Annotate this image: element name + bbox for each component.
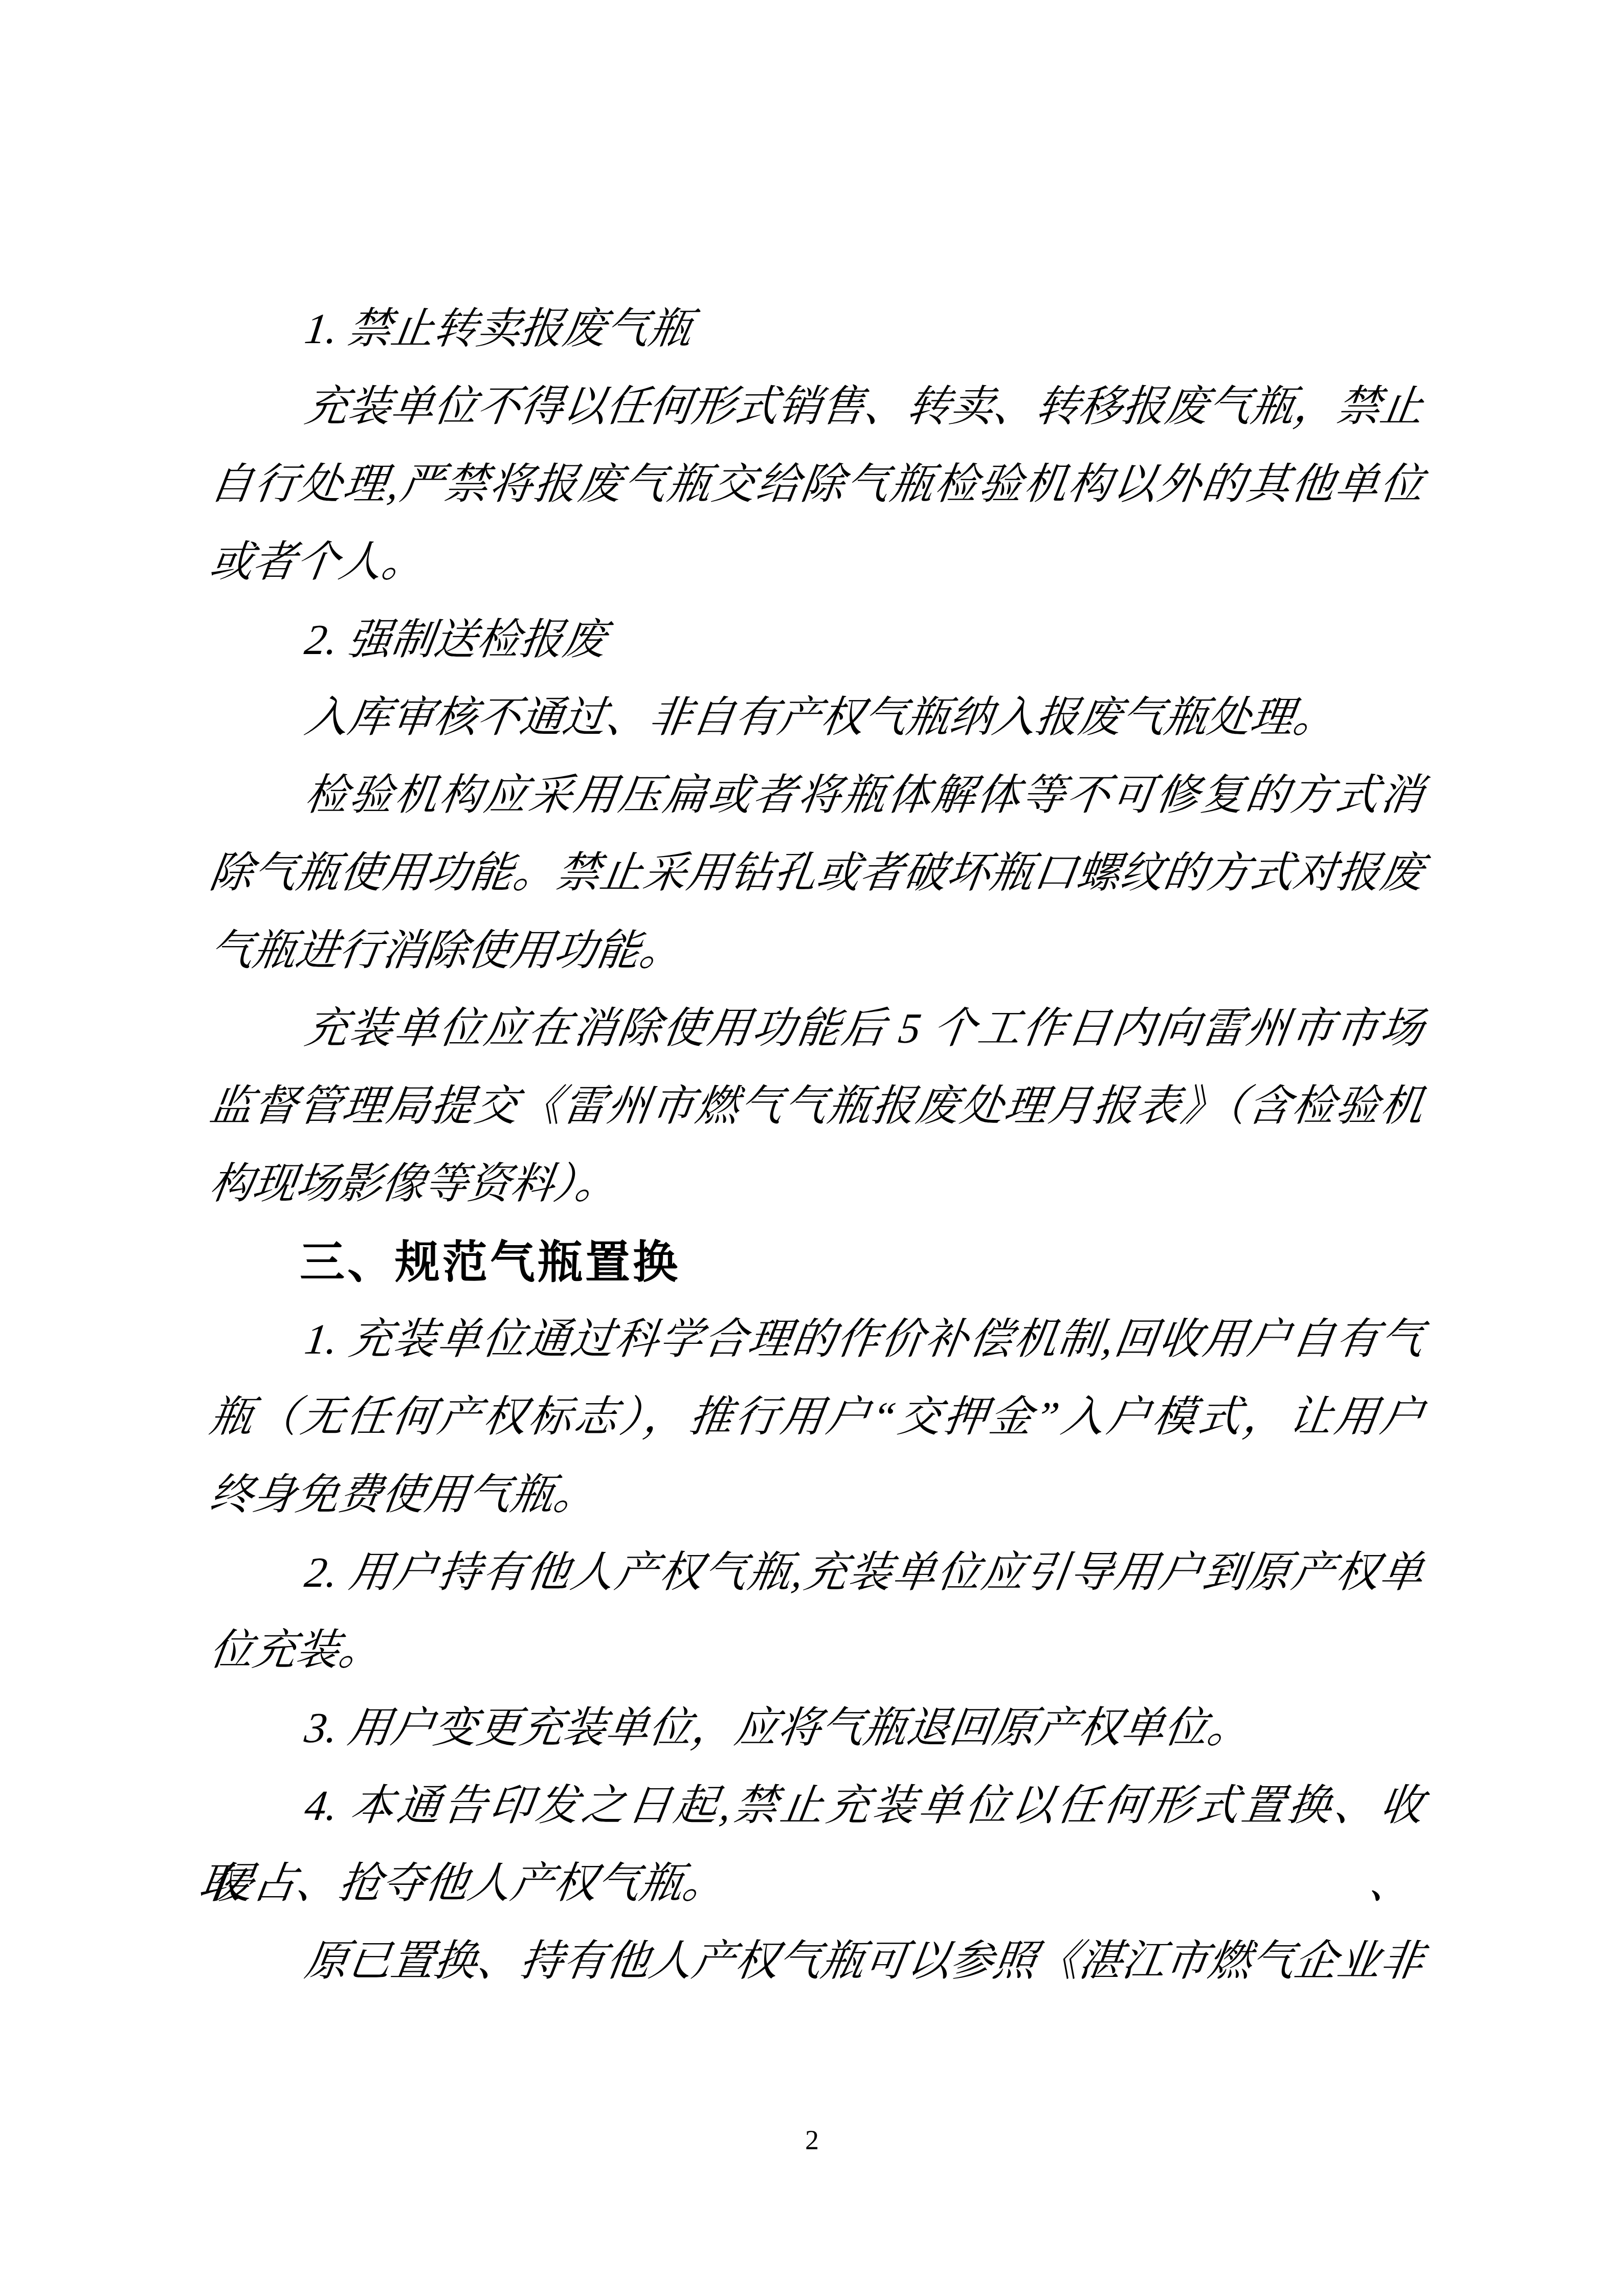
section-heading: 三、规范气瓶置换: [205, 1223, 1418, 1301]
body-line: 除气瓶使用功能。禁止采用钻孔或者破坏瓶口螺纹的方式对报废: [205, 835, 1429, 912]
body-line: 原已置换、持有他人产权气瓶可以参照《湛江市燃气企业非: [205, 1923, 1429, 2000]
body-line: 监督管理局提交《雷州市燃气气瓶报废处理月报表》（含检验机: [205, 1068, 1429, 1145]
body-line: 构现场影像等资料）。: [205, 1145, 1429, 1223]
body-line: 2. 用户持有他人产权气瓶,充装单位应引导用户到原产权单: [205, 1534, 1429, 1612]
body-line: 自行处理,严禁将报废气瓶交给除气瓶检验机构以外的其他单位: [205, 446, 1429, 524]
document-page: 1. 禁止转卖报废气瓶 充装单位不得以任何形式销售、转卖、转移报废气瓶，禁止 自…: [0, 0, 1624, 2296]
page-number: 2: [0, 2122, 1624, 2158]
body-line: 气瓶进行消除使用功能。: [205, 912, 1429, 990]
body-line: 1. 禁止转卖报废气瓶: [205, 290, 1429, 368]
body-line: 入库审核不通过、非自有产权气瓶纳入报废气瓶处理。: [205, 679, 1429, 757]
body-line: 1. 充装单位通过科学合理的作价补偿机制,回收用户自有气: [205, 1301, 1429, 1379]
body-line: 充装单位应在消除使用功能后 5 个工作日内向雷州市市场: [205, 990, 1429, 1068]
body-line: 终身免费使用气瓶。: [205, 1456, 1429, 1534]
body-line: 3. 用户变更充装单位，应将气瓶退回原产权单位。: [205, 1690, 1429, 1767]
body-line: 或者个人。: [205, 524, 1429, 601]
body-line: 瓶（无任何产权标志），推行用户“交押金”入户模式，让用户: [205, 1379, 1429, 1456]
body-line: 侵占、抢夺他人产权气瓶。: [205, 1845, 1429, 1923]
text-block: 1. 禁止转卖报废气瓶 充装单位不得以任何形式销售、转卖、转移报废气瓶，禁止 自…: [205, 290, 1418, 2000]
body-line: 检验机构应采用压扁或者将瓶体解体等不可修复的方式消: [205, 757, 1429, 835]
body-line: 4. 本通告印发之日起,禁止充装单位以任何形式置换、收取、: [205, 1767, 1429, 1845]
body-line: 位充装。: [205, 1612, 1429, 1690]
body-line: 充装单位不得以任何形式销售、转卖、转移报废气瓶，禁止: [205, 368, 1429, 446]
body-line: 2. 强制送检报废: [205, 601, 1429, 679]
